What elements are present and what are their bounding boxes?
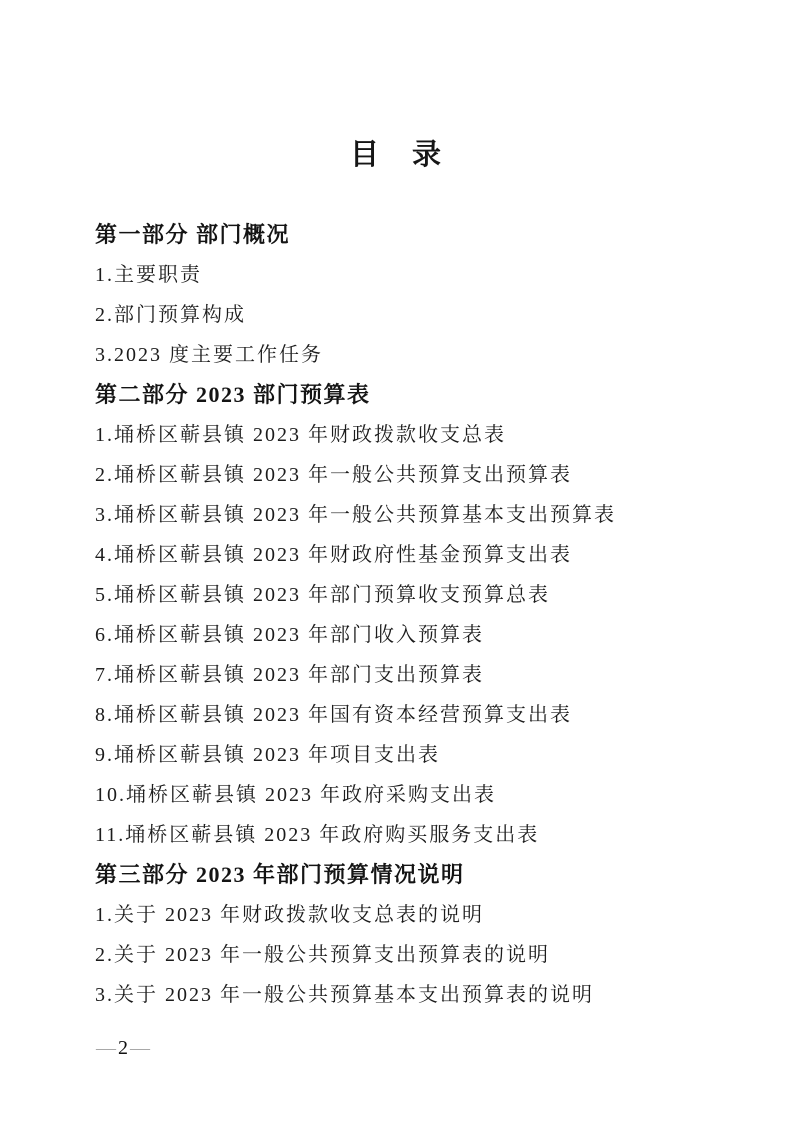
toc-item: 11.埇桥区蕲县镇 2023 年政府购买服务支出表	[95, 815, 703, 855]
page-footer: —2—	[96, 1035, 151, 1061]
toc-item: 3.关于 2023 年一般公共预算基本支出预算表的说明	[95, 975, 703, 1015]
toc-item: 5.埇桥区蕲县镇 2023 年部门预算收支预算总表	[95, 575, 703, 615]
toc-item: 4.埇桥区蕲县镇 2023 年财政府性基金预算支出表	[95, 535, 703, 575]
toc-item: 1.埇桥区蕲县镇 2023 年财政拨款收支总表	[95, 415, 703, 455]
toc-section-heading: 第一部分 部门概况	[95, 215, 703, 255]
toc-item: 9.埇桥区蕲县镇 2023 年项目支出表	[95, 735, 703, 775]
toc-item: 7.埇桥区蕲县镇 2023 年部门支出预算表	[95, 655, 703, 695]
toc-section-heading: 第二部分 2023 部门预算表	[95, 375, 703, 415]
toc-item: 2.埇桥区蕲县镇 2023 年一般公共预算支出预算表	[95, 455, 703, 495]
footer-left-dash: —	[96, 1037, 117, 1059]
toc-section-heading: 第三部分 2023 年部门预算情况说明	[95, 855, 703, 895]
toc-item: 10.埇桥区蕲县镇 2023 年政府采购支出表	[95, 775, 703, 815]
toc-item: 2.部门预算构成	[95, 295, 703, 335]
toc-item: 1.关于 2023 年财政拨款收支总表的说明	[95, 895, 703, 935]
toc-item: 6.埇桥区蕲县镇 2023 年部门收入预算表	[95, 615, 703, 655]
toc-item: 8.埇桥区蕲县镇 2023 年国有资本经营预算支出表	[95, 695, 703, 735]
page-number: 2	[117, 1037, 130, 1059]
footer-right-dash: —	[130, 1037, 151, 1059]
toc-item: 3.2023 度主要工作任务	[95, 335, 703, 375]
toc-list: 第一部分 部门概况1.主要职责2.部门预算构成3.2023 度主要工作任务第二部…	[0, 215, 793, 1015]
toc-item: 1.主要职责	[95, 255, 703, 295]
toc-item: 2.关于 2023 年一般公共预算支出预算表的说明	[95, 935, 703, 975]
toc-item: 3.埇桥区蕲县镇 2023 年一般公共预算基本支出预算表	[95, 495, 703, 535]
document-page: 目 录 第一部分 部门概况1.主要职责2.部门预算构成3.2023 度主要工作任…	[0, 0, 793, 1122]
page-title: 目 录	[0, 0, 793, 175]
